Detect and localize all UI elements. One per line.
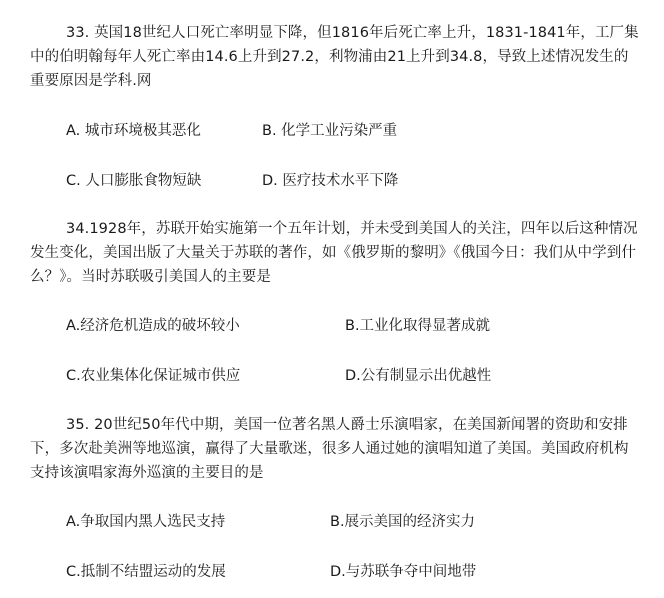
question-34-stem: 34.1928年，苏联开始实施第一个五年计划，并未受到美国人的关注，四年以后这种… [30, 217, 640, 289]
question-33-option-d[interactable]: D. 医疗技术水平下降 [262, 171, 398, 191]
question-34-option-d[interactable]: D.公有制显示出优越性 [345, 366, 491, 386]
question-35-option-a[interactable]: A.争取国内黑人选民支持 [66, 512, 225, 532]
question-35-option-c[interactable]: C.抵制不结盟运动的发展 [66, 562, 226, 582]
question-33-option-b[interactable]: B. 化学工业污染严重 [262, 121, 397, 141]
question-35-stem: 35. 20世纪50年代中期，美国一位著名黑人爵士乐演唱家，在美国新闻署的资助和… [30, 413, 640, 485]
question-35-option-b[interactable]: B.展示美国的经济实力 [330, 512, 475, 532]
question-35-option-d[interactable]: D.与苏联争夺中间地带 [330, 562, 476, 582]
question-34-option-c[interactable]: C.农业集体化保证城市供应 [66, 366, 240, 386]
question-33-option-a[interactable]: A. 城市环境极其恶化 [66, 121, 201, 141]
question-34-option-b[interactable]: B.工业化取得显著成就 [345, 316, 490, 336]
exam-document: 33. 英国18世纪人口死亡率明显下降，但1816年后死亡率上升，1831-18… [0, 0, 664, 598]
question-34-option-a[interactable]: A.经济危机造成的破坏较小 [66, 316, 240, 336]
question-33-stem: 33. 英国18世纪人口死亡率明显下降，但1816年后死亡率上升，1831-18… [30, 21, 640, 93]
question-33-option-c[interactable]: C. 人口膨胀食物短缺 [66, 171, 201, 191]
